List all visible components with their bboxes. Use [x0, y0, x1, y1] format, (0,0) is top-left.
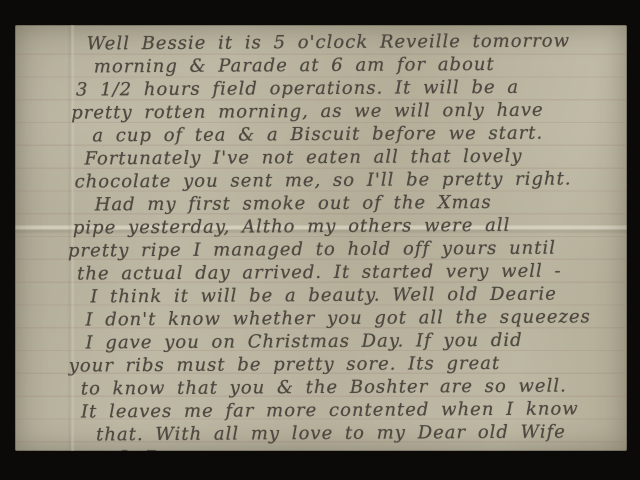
handwriting-line: that. With all my love to my Dear old Wi…: [16, 420, 627, 447]
handwriting-line: I don't know whether you got all the squ…: [15, 305, 627, 332]
scan-background: Well Bessie it is 5 o'clock Reveille tom…: [0, 0, 640, 480]
handwriting-block: Well Bessie it is 5 o'clock Reveille tom…: [15, 29, 627, 451]
handwriting-line: Well Bessie it is 5 o'clock Reveille tom…: [15, 29, 626, 56]
letter-page: Well Bessie it is 5 o'clock Reveille tom…: [15, 25, 627, 451]
handwriting-line: a cup of tea & a Biscuit before we start…: [15, 121, 626, 148]
handwriting-line: chocolate you sent me, so I'll be pretty…: [15, 167, 627, 194]
